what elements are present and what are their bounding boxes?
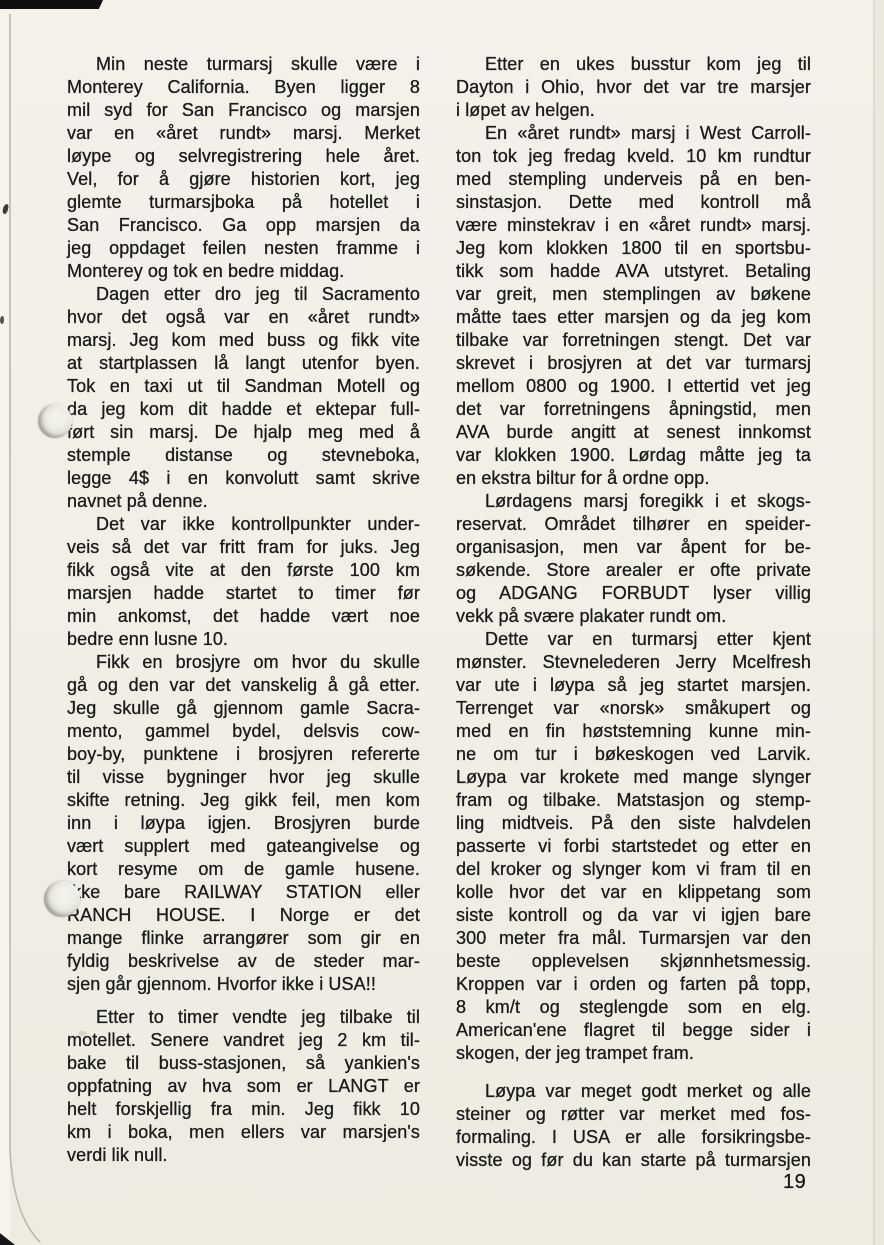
left-column: Min neste turmarsj skulle være iMonterey… — [67, 53, 420, 1167]
text-line: Tok en taxi ut til Sandman Motell og — [67, 375, 420, 398]
text-line: helt forskjellig fra min. Jeg fikk 10 — [67, 1098, 420, 1121]
text-line: med stempling underveis på en ben- — [456, 168, 811, 191]
text-line: visste og før du kan starte på turmarsje… — [456, 1149, 811, 1172]
text-line: være minstekrav i en «året rundt» marsj. — [456, 214, 811, 237]
text-line: ført sin marsj. De hjalp meg med å — [67, 421, 420, 444]
text-line: vekk på svære plakater rundt om. — [456, 605, 811, 628]
scan-speck — [0, 316, 4, 324]
text-line: var klokken 1900. Lørdag måtte jeg ta — [456, 444, 811, 467]
text-line: tikk som hadde AVA utstyret. Betaling — [456, 260, 811, 283]
text-line: måtte taes etter marsjen og da jeg kom — [456, 306, 811, 329]
text-line: bake til buss-stasjonen, så yankien's — [67, 1052, 420, 1075]
text-line: Dagen etter dro jeg til Sacramento — [67, 283, 420, 306]
text-line: med en fin høststemning kunne min- — [456, 720, 811, 743]
text-line: til visse bygninger hvor jeg skulle — [67, 766, 420, 789]
text-line: reservat. Området tilhører en speider- — [456, 513, 811, 536]
text-line: verdi lik null. — [67, 1144, 420, 1167]
text-line: tilbake var forretningen stengt. Det var — [456, 329, 811, 352]
text-line: fyldig beskrivelse av de steder mar- — [67, 950, 420, 973]
text-line: marsj. Jeg kom med buss og fikk vite — [67, 329, 420, 352]
text-line: var ute i løypa så jeg startet marsjen. — [456, 674, 811, 697]
text-line: En «året rundt» marsj i West Carroll- — [456, 122, 811, 145]
text-line: marsjen hadde startet to timer før — [67, 582, 420, 605]
text-line: mento, gammel bydel, delsvis cow- — [67, 720, 420, 743]
page-number: 19 — [783, 1171, 806, 1194]
text-line: Etter to timer vendte jeg tilbake til — [67, 1006, 420, 1029]
text-line: Monterey og tok en bedre middag. — [67, 260, 420, 283]
text-line: fram og tilbake. Matstasjon og stemp- — [456, 789, 811, 812]
text-line: at startplassen lå langt utenfor byen. — [67, 352, 420, 375]
paragraph: Løypa var meget godt merket og allestein… — [456, 1080, 811, 1172]
text-line: AVA burde angitt at senest innkomst — [456, 421, 811, 444]
paragraph: Etter to timer vendte jeg tilbake tilmot… — [67, 1006, 420, 1167]
text-line: og ADGANG FORBUDT lyser villig — [456, 582, 811, 605]
text-line: Vel, for å gjøre historien kort, jeg — [67, 168, 420, 191]
text-line: km i boka, men ellers var marsjen's — [67, 1121, 420, 1144]
text-line: var greit, men stemplingen av bøkene — [456, 283, 811, 306]
text-line: ne om tur i bøkeskogen ved Larvik. — [456, 743, 811, 766]
paragraph: Etter en ukes busstur kom jeg tilDayton … — [456, 53, 811, 122]
scan-speck — [78, 1031, 87, 1036]
text-line: en ekstra biltur for å ordne opp. — [456, 467, 811, 490]
text-line: var en «året rundt» marsj. Merket — [67, 122, 420, 145]
text-line: skrevet i brosjyren at det var turmarsj — [456, 352, 811, 375]
text-line: Det var ikke kontrollpunkter under- — [67, 513, 420, 536]
text-line: siste kontroll og da var vi igjen bare — [456, 904, 811, 927]
text-line: San Francisco. Ga opp marsjen da — [67, 214, 420, 237]
text-line: oppfatning av hva som er LANGT er — [67, 1075, 420, 1098]
text-line: Monterey California. Byen ligger 8 — [67, 76, 420, 99]
page-right-edge — [874, 0, 884, 1245]
text-line: Dette var en turmarsj etter kjent — [456, 628, 811, 651]
text-line: stemple distanse og stevneboka, — [67, 444, 420, 467]
text-line: Etter en ukes busstur kom jeg til — [456, 53, 811, 76]
text-line: vært supplert med gateangivelse og — [67, 835, 420, 858]
text-line: Dayton i Ohio, hvor det var tre marsjer — [456, 76, 811, 99]
page-left-edge — [0, 0, 10, 1245]
paragraph: Min neste turmarsj skulle være iMonterey… — [67, 53, 420, 283]
text-line: ling midtveis. På den siste halvdelen — [456, 812, 811, 835]
text-line: motellet. Senere vandret jeg 2 km til- — [67, 1029, 420, 1052]
text-line: ton tok jeg fredag kveld. 10 km rundtur — [456, 145, 811, 168]
text-line: American'ene flagret til begge sider i — [456, 1019, 811, 1042]
text-line: mønster. Stevnelederen Jerry Mcelfresh — [456, 651, 811, 674]
text-line: Terrenget var «norsk» småkupert og — [456, 697, 811, 720]
text-line: Jeg skulle gå gjennom gamle Sacra- — [67, 697, 420, 720]
paragraph: Lørdagens marsj foregikk i et skogs-rese… — [456, 490, 811, 628]
text-line: jeg oppdaget feilen nesten framme i — [67, 237, 420, 260]
text-line: Min neste turmarsj skulle være i — [67, 53, 420, 76]
text-line: min ankomst, det hadde vært noe — [67, 605, 420, 628]
text-line: skifte retning. Jeg gikk feil, men kom — [67, 789, 420, 812]
text-line: boy-by, punktene i brosjyren refererte — [67, 743, 420, 766]
text-line: del kroker og slynger kom vi fram til en — [456, 858, 811, 881]
text-line: i løpet av helgen. — [456, 99, 811, 122]
scan-top-black-bar — [0, 0, 103, 9]
text-line: Fikk en brosjyre om hvor du skulle — [67, 651, 420, 674]
text-line: passerte vi forbi startstedet og etter e… — [456, 835, 811, 858]
text-line: fikk også vite at den første 100 km — [67, 559, 420, 582]
text-line: søkende. Store arealer er ofte private — [456, 559, 811, 582]
text-line: sjen går gjennom. Hvorfor ikke i USA!! — [67, 973, 420, 996]
paragraph: Dagen etter dro jeg til Sacramentohvor d… — [67, 283, 420, 513]
text-line: Kroppen var i orden og farten på topp, — [456, 973, 811, 996]
paragraph: Fikk en brosjyre om hvor du skullegå og … — [67, 651, 420, 996]
paragraph: En «året rundt» marsj i West Carroll-ton… — [456, 122, 811, 490]
text-line: løype og selvregistrering hele året. — [67, 145, 420, 168]
text-line: det var forretningens åpningstid, men — [456, 398, 811, 421]
text-line: steiner og røtter var merket med fos- — [456, 1103, 811, 1126]
text-line: navnet på denne. — [67, 490, 420, 513]
text-line: veis så det var fritt fram for juks. Jeg — [67, 536, 420, 559]
text-line: hvor det også var en «året rundt» — [67, 306, 420, 329]
right-column: Etter en ukes busstur kom jeg tilDayton … — [456, 53, 811, 1172]
text-line: mange flinke arrangører som gir en — [67, 927, 420, 950]
text-line: 300 meter fra mål. Turmarsjen var den — [456, 927, 811, 950]
text-line: gå og den var det vanskelig å gå etter. — [67, 674, 420, 697]
paragraph: Det var ikke kontrollpunkter under-veis … — [67, 513, 420, 651]
paragraph: Dette var en turmarsj etter kjentmønster… — [456, 628, 811, 1065]
text-line: Løypa var meget godt merket og alle — [456, 1080, 811, 1103]
text-line: Løypa var krokete med mange slynger — [456, 766, 811, 789]
text-line: sinstasjon. Dette med kontroll må — [456, 191, 811, 214]
text-line: mil syd for San Francisco og marsjen — [67, 99, 420, 122]
text-line: mellom 0800 og 1900. I ettertid vet jeg — [456, 375, 811, 398]
text-line: organisasjon, men var åpent for be- — [456, 536, 811, 559]
hole-punch-bottom — [44, 881, 80, 917]
text-line: inn i løypa igjen. Brosjyren burde — [67, 812, 420, 835]
text-line: glemte turmarsjboka på hotellet i — [67, 191, 420, 214]
hole-punch-top — [38, 404, 72, 438]
text-line: da jeg kom dit hadde et ektepar full- — [67, 398, 420, 421]
text-line: kolle hvor det var en klippetang som — [456, 881, 811, 904]
text-line: bedre enn lusne 10. — [67, 628, 420, 651]
scanned-book-page: Min neste turmarsj skulle være iMonterey… — [0, 0, 884, 1245]
text-line: beste opplevelsen skjønnhetsmessig. — [456, 950, 811, 973]
text-line: legge 4$ i en konvolutt samt skrive — [67, 467, 420, 490]
text-line: kort resyme om de gamle husene. — [67, 858, 420, 881]
text-line: formaling. I USA er alle forsikringsbe- — [456, 1126, 811, 1149]
text-line: RANCH HOUSE. I Norge er det — [67, 904, 420, 927]
text-line: Lørdagens marsj foregikk i et skogs- — [456, 490, 811, 513]
text-line: 8 km/t og steglengde som en elg. — [456, 996, 811, 1019]
text-line: Jeg kom klokken 1800 til en sportsbu- — [456, 237, 811, 260]
text-line: Ikke bare RAILWAY STATION eller — [67, 881, 420, 904]
text-line: skogen, der jeg trampet fram. — [456, 1042, 811, 1065]
